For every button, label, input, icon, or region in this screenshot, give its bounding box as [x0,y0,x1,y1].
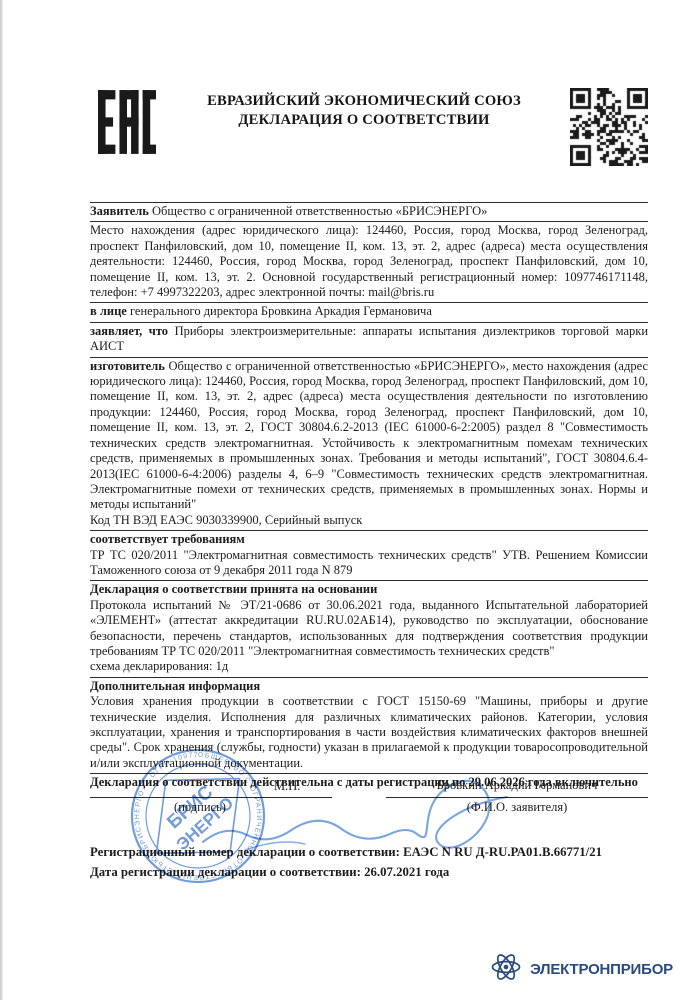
declaration-scheme-line: схема декларирования: 1д [90,659,648,674]
declares-label: заявляет, что [90,324,168,338]
declaration-body: Заявитель Общество с ограниченной ответс… [90,202,648,791]
handwritten-signature [185,742,515,877]
scan-edge [0,0,3,1000]
represented-by-label: в лице [90,304,127,318]
basis-text: Протокола испытаний № ЭТ/21-0686 от 30.0… [90,598,648,660]
location-text: Место нахождения (адрес юридического лиц… [90,223,648,299]
brand-logo: ЭЛЕКТРОНПРИБОР [488,949,673,990]
applicant-label: Заявитель [90,204,149,218]
qr-code [570,88,648,166]
row-declares: заявляет, что Приборы электроизмерительн… [90,322,648,357]
row-applicant: Заявитель Общество с ограниченной ответс… [90,202,648,221]
complies-text: ТР ТС 020/2011 "Электромагнитная совмест… [90,548,648,579]
header-title: ЕВРАЗИЙСКИЙ ЭКОНОМИЧЕСКИЙ СОЮЗ ДЕКЛАРАЦИ… [168,92,560,130]
declares-value: Приборы электроизмерительные: аппараты и… [90,324,648,353]
row-location: Место нахождения (адрес юридического лиц… [90,221,648,302]
row-manufacturer: изготовитель Общество с ограниченной отв… [90,357,648,530]
tnved-code-line: Код ТН ВЭД ЕАЭС 9030339900, Серийный вып… [90,513,648,528]
additional-info-label: Дополнительная информация [90,679,648,694]
manufacturer-value: Общество с ограниченной ответственностью… [90,359,648,512]
brand-name: ЭЛЕКТРОНПРИБОР [530,961,673,978]
applicant-value: Общество с ограниченной ответственностью… [152,204,487,218]
complies-label: соответствует требованиям [90,532,648,547]
row-complies: соответствует требованиям ТР ТС 020/2011… [90,530,648,580]
manufacturer-label: изготовитель [90,359,165,373]
basis-label: Декларация о соответствии принята на осн… [90,582,648,597]
declaration-page: { "header": { "union_name": "ЕВРАЗИЙСКИЙ… [0,0,687,1000]
atom-icon [488,949,524,990]
represented-by-value: генерального директора Бровкина Аркадия … [130,304,432,318]
row-represented-by: в лице генерального директора Бровкина А… [90,302,648,321]
row-basis: Декларация о соответствии принята на осн… [90,580,648,676]
doc-type-title: ДЕКЛАРАЦИЯ О СООТВЕТСТВИИ [168,111,560,130]
union-name: ЕВРАЗИЙСКИЙ ЭКОНОМИЧЕСКИЙ СОЮЗ [168,92,560,111]
eac-mark-icon [98,90,156,159]
